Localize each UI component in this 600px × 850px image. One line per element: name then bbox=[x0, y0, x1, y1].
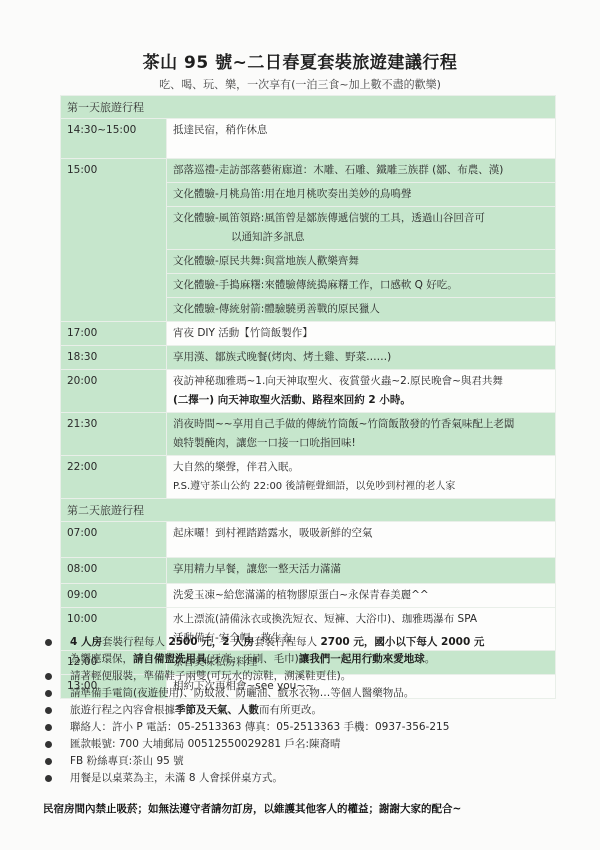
day2-header: 第二天旅遊行程 bbox=[61, 499, 556, 522]
activity-cell: 文化體驗-月桃鳥笛:用在地月桃吹奏出美妙的鳥鳴聲 bbox=[167, 183, 556, 207]
activity-line: 水上漂流(請備泳衣或換洗短衣、短褲、大浴巾)、珈雅瑪瀑布 SPA bbox=[173, 613, 477, 625]
table-row: 07:00 起床囉！到村裡踏踏露水，吸吸新鮮的空氣 bbox=[61, 522, 556, 558]
activity-line: (二擇一) 向天神取聖火活動、路程來回約 2 小時。 bbox=[173, 394, 411, 406]
no-smoking-notice: 民宿房間內禁止吸菸；如無法遵守者請勿訂房，以維護其他客人的權益；謝謝大家的配合~ bbox=[43, 801, 461, 816]
bullet-icon bbox=[45, 639, 52, 646]
time-cell: 09:00 bbox=[61, 584, 167, 608]
note-text: 4 人房 bbox=[70, 636, 102, 648]
time-cell: 17:00 bbox=[61, 322, 167, 346]
note-text: 旅遊行程之內容會根據 bbox=[70, 704, 175, 716]
note-contact: 聯絡人：許小 P 電話：05-2513363 傳真：05-2513363 手機：… bbox=[42, 719, 572, 736]
itinerary-table: 第一天旅遊行程 14:30~15:00 抵達民宿，稍作休息 15:00 部落巡禮… bbox=[60, 95, 556, 699]
activity-cell: 宵夜 DIY 活動【竹筒飯製作】 bbox=[167, 322, 556, 346]
note-text: 讓我們一起用行動來愛地球 bbox=[299, 653, 425, 665]
note-clothing: 請著輕便服裝，準備鞋子兩雙(可玩水的涼鞋，溯溪鞋更佳)。 bbox=[42, 668, 572, 685]
activity-cell: 文化體驗-傳統射箭:體驗驍勇善戰的原民獵人 bbox=[167, 298, 556, 322]
note-text: 為響應環保， bbox=[70, 653, 133, 665]
note-text: FB 粉絲專頁:茶山 95 號 bbox=[70, 755, 184, 767]
note-price: 4 人房套裝行程每人 2500 元，2 人房套裝行程每人 2700 元，國小以下… bbox=[42, 634, 572, 651]
time-cell: 14:30~15:00 bbox=[61, 119, 167, 159]
activity-cell: 起床囉！到村裡踏踏露水，吸吸新鮮的空氣 bbox=[167, 522, 556, 558]
activity-line: 文化體驗-風笛領路:風笛曾是鄒族傳遞信號的工具，透過山谷回音可 bbox=[173, 212, 485, 224]
note-change: 旅遊行程之內容會根據季節及天氣、人數而有所更改。 bbox=[42, 702, 572, 719]
time-cell: 20:00 bbox=[61, 370, 167, 413]
activity-line: 以通知許多訊息 bbox=[173, 228, 549, 247]
table-row: 17:00 宵夜 DIY 活動【竹筒飯製作】 bbox=[61, 322, 556, 346]
note-account: 匯款帳號: 700 大埔郵局 00512550029281 戶名:陳裔晴 bbox=[42, 736, 572, 753]
table-row: 14:30~15:00 抵達民宿，稍作休息 bbox=[61, 119, 556, 159]
activity-cell: 享用精力早餐，讓您一整天活力滿滿 bbox=[167, 558, 556, 584]
bullet-icon bbox=[45, 673, 52, 680]
time-cell: 21:30 bbox=[61, 413, 167, 456]
table-row: 22:00 大自然的樂聲，伴君入眠。 P.S.遵守茶山公約 22:00 後請輕聲… bbox=[61, 456, 556, 499]
activity-line: 大自然的樂聲，伴君入眠。 bbox=[173, 461, 299, 473]
bullet-icon bbox=[45, 724, 52, 731]
note-text: 套裝行程每人 bbox=[102, 636, 168, 648]
bullet-icon bbox=[45, 775, 52, 782]
note-text: 。 bbox=[425, 653, 436, 665]
note-eco: 為響應環保，請自備盥洗用具(牙膏、牙刷、毛巾)讓我們一起用行動來愛地球。 bbox=[42, 651, 572, 668]
table-row: 15:00 部落巡禮-走訪部落藝術廊道：木雕、石雕、鐵雕三族群 (鄒、布農、漢) bbox=[61, 159, 556, 183]
note-text: 季節及天氣、人數 bbox=[175, 704, 259, 716]
bullet-icon bbox=[45, 707, 52, 714]
table-row: 09:00 洗愛玉凍~給您滿滿的植物膠原蛋白~永保青春美麗^^ bbox=[61, 584, 556, 608]
activity-cell: 享用漢、鄒族式晚餐(烤肉、烤土雞、野菜……) bbox=[167, 346, 556, 370]
activity-cell: 文化體驗-手搗麻糬:來體驗傳統搗麻糬工作，口感軟 Q 好吃。 bbox=[167, 274, 556, 298]
note-text: 套裝行程每人 bbox=[254, 636, 320, 648]
note-text: 匯款帳號: 700 大埔郵局 00512550029281 戶名:陳裔晴 bbox=[70, 738, 341, 750]
time-cell: 22:00 bbox=[61, 456, 167, 499]
day1-header: 第一天旅遊行程 bbox=[61, 96, 556, 119]
notes-list: 4 人房套裝行程每人 2500 元，2 人房套裝行程每人 2700 元，國小以下… bbox=[42, 634, 572, 787]
table-row: 08:00 享用精力早餐，讓您一整天活力滿滿 bbox=[61, 558, 556, 584]
time-cell: 15:00 bbox=[61, 159, 167, 322]
table-row: 20:00 夜訪神秘珈雅瑪~1.向天神取聖火、夜賞螢火蟲~2.原民晚會~與君共舞… bbox=[61, 370, 556, 413]
note-text: 2700 元，國小以下每人 2000 元 bbox=[321, 636, 485, 648]
time-cell: 07:00 bbox=[61, 522, 167, 558]
bullet-icon bbox=[45, 741, 52, 748]
table-row: 21:30 消夜時間~~享用自己手做的傳統竹筒飯~竹筒飯散發的竹香氣味配上老闆 … bbox=[61, 413, 556, 456]
section-header-day2: 第二天旅遊行程 bbox=[61, 499, 556, 522]
bullet-icon bbox=[45, 690, 52, 697]
activity-cell: 大自然的樂聲，伴君入眠。 P.S.遵守茶山公約 22:00 後請輕聲細語，以免吵… bbox=[167, 456, 556, 499]
note-text: 請著輕便服裝，準備鞋子兩雙(可玩水的涼鞋，溯溪鞋更佳)。 bbox=[70, 670, 351, 682]
note-text: 請自備盥洗用具 bbox=[133, 653, 207, 665]
activity-line: 消夜時間~~享用自己手做的傳統竹筒飯~竹筒飯散發的竹香氣味配上老闆 bbox=[173, 418, 514, 430]
note-fb: FB 粉絲專頁:茶山 95 號 bbox=[42, 753, 572, 770]
section-header-day1: 第一天旅遊行程 bbox=[61, 96, 556, 119]
time-cell: 18:30 bbox=[61, 346, 167, 370]
activity-cell: 抵達民宿，稍作休息 bbox=[167, 119, 556, 159]
time-cell: 08:00 bbox=[61, 558, 167, 584]
activity-line: 夜訪神秘珈雅瑪~1.向天神取聖火、夜賞螢火蟲~2.原民晚會~與君共舞 bbox=[173, 375, 503, 387]
activity-line: P.S.遵守茶山公約 22:00 後請輕聲細語，以免吵到村裡的老人家 bbox=[173, 481, 455, 492]
activity-cell: 文化體驗-原民共舞:與當地族人歡樂齊舞 bbox=[167, 250, 556, 274]
note-text: 用餐是以桌菜為主，未滿 8 人會採併桌方式。 bbox=[70, 772, 283, 784]
activity-cell: 洗愛玉凍~給您滿滿的植物膠原蛋白~永保青春美麗^^ bbox=[167, 584, 556, 608]
page-title: 茶山 95 號~二日春夏套裝旅遊建議行程 bbox=[0, 48, 600, 73]
note-text: 而有所更改。 bbox=[259, 704, 322, 716]
bullet-icon bbox=[45, 758, 52, 765]
activity-cell: 文化體驗-風笛領路:風笛曾是鄒族傳遞信號的工具，透過山谷回音可 以通知許多訊息 bbox=[167, 207, 556, 250]
note-text: (牙膏、牙刷、毛巾) bbox=[207, 653, 299, 665]
activity-cell: 消夜時間~~享用自己手做的傳統竹筒飯~竹筒飯散發的竹香氣味配上老闆 娘特製醃肉，… bbox=[167, 413, 556, 456]
note-text: 請準備手電筒(夜遊使用)、防蚊液、防曬油、戲水衣物…等個人醫藥物品。 bbox=[70, 687, 414, 699]
note-text: 2500 元，2 人房 bbox=[168, 636, 254, 648]
activity-cell: 部落巡禮-走訪部落藝術廊道：木雕、石雕、鐵雕三族群 (鄒、布農、漢) bbox=[167, 159, 556, 183]
note-text: 聯絡人：許小 P 電話：05-2513363 傳真：05-2513363 手機：… bbox=[70, 721, 449, 733]
activity-line: 娘特製醃肉，讓您一口接一口吮指回味! bbox=[173, 437, 356, 449]
table-row: 18:30 享用漢、鄒族式晚餐(烤肉、烤土雞、野菜……) bbox=[61, 346, 556, 370]
note-items: 請準備手電筒(夜遊使用)、防蚊液、防曬油、戲水衣物…等個人醫藥物品。 bbox=[42, 685, 572, 702]
note-dining: 用餐是以桌菜為主，未滿 8 人會採併桌方式。 bbox=[42, 770, 572, 787]
page-subtitle: 吃、喝、玩、樂，一次享有(一泊三食~加上數不盡的歡樂) bbox=[0, 76, 600, 92]
activity-cell: 夜訪神秘珈雅瑪~1.向天神取聖火、夜賞螢火蟲~2.原民晚會~與君共舞 (二擇一)… bbox=[167, 370, 556, 413]
